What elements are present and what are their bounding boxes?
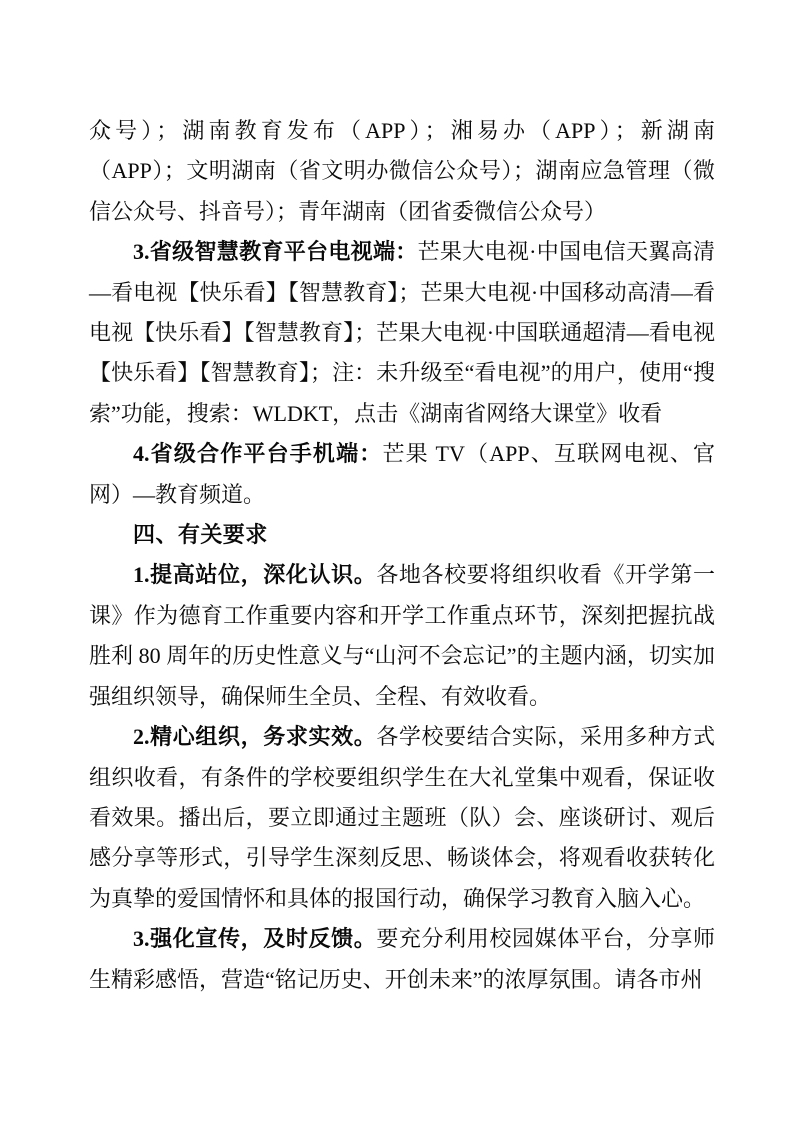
paragraph-requirement-3: 3.强化宣传，及时反馈。要充分利用校园媒体平台，分享师生精彩感悟，营造“铭记历史… <box>89 919 715 1000</box>
section-heading-requirements: 四、有关要求 <box>89 515 715 555</box>
paragraph-text: 众号）；湖南教育发布（APP）；湘易办（APP）；新湖南（APP）；文明湖南（省… <box>89 118 715 224</box>
paragraph-continued: 众号）；湖南教育发布（APP）；湘易办（APP）；新湖南（APP）；文明湖南（省… <box>89 111 715 232</box>
paragraph-lead: 3.强化宣传，及时反馈。 <box>133 926 376 951</box>
paragraph-lead: 1.提高站位，深化认识。 <box>133 562 376 587</box>
paragraph-platform-mobile: 4.省级合作平台手机端：芒果 TV（APP、互联网电视、官网）—教育频道。 <box>89 434 715 515</box>
paragraph-requirement-2: 2.精心组织，务求实效。各学校要结合实际，采用多种方式组织收看，有条件的学校要组… <box>89 717 715 919</box>
section-heading-text: 四、有关要求 <box>133 522 268 547</box>
paragraph-requirement-1: 1.提高站位，深化认识。各地各校要将组织收看《开学第一课》作为德育工作重要内容和… <box>89 555 715 717</box>
document-page: 众号）；湖南教育发布（APP）；湘易办（APP）；新湖南（APP）；文明湖南（省… <box>0 0 793 1122</box>
paragraph-text: 芒果大电视·中国电信天翼高清—看电视【快乐看】【智慧教育】；芒果大电视·中国移动… <box>89 239 715 426</box>
paragraph-lead: 4.省级合作平台手机端： <box>133 441 382 466</box>
paragraph-text: 各学校要结合实际，采用多种方式组织收看，有条件的学校要组织学生在大礼堂集中观看，… <box>89 724 715 911</box>
paragraph-platform-tv: 3.省级智慧教育平台电视端：芒果大电视·中国电信天翼高清—看电视【快乐看】【智慧… <box>89 232 715 434</box>
paragraph-lead: 3.省级智慧教育平台电视端： <box>133 239 418 264</box>
paragraph-lead: 2.精心组织，务求实效。 <box>133 724 376 749</box>
